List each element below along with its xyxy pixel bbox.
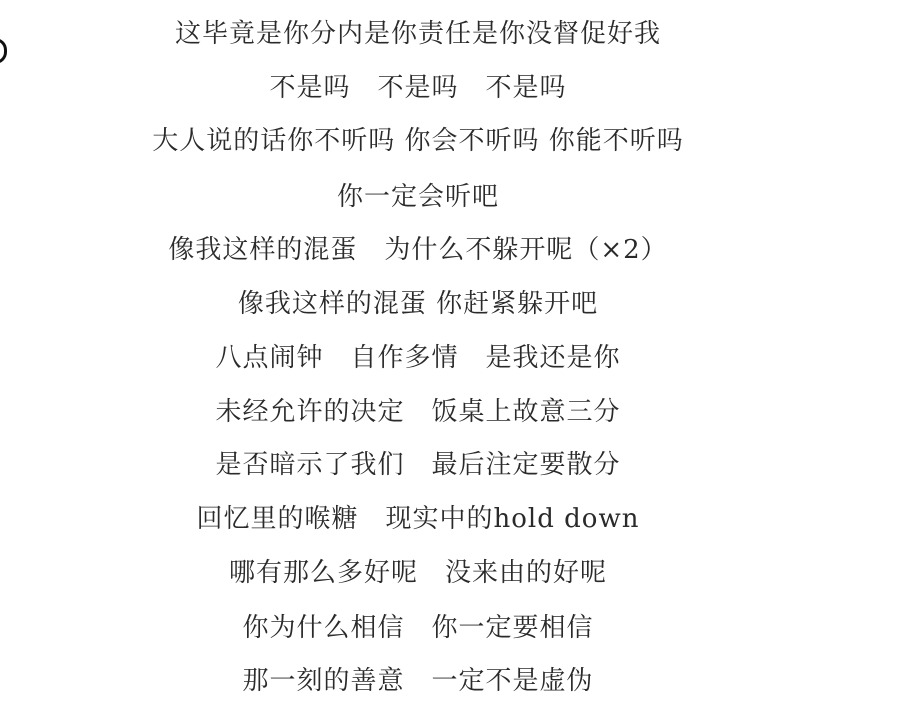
lyric-line-7: 八点闹钟 自作多情 是我还是你 bbox=[0, 342, 836, 374]
lyric-line-6: 像我这样的混蛋 你赶紧躲开吧 bbox=[0, 288, 836, 320]
lyric-line-13: 那一刻的善意 一定不是虚伪 bbox=[0, 665, 836, 697]
lyric-line-10: 回忆里的喉糖 现实中的hold down bbox=[0, 503, 836, 535]
lyric-line-12: 你为什么相信 你一定要相信 bbox=[0, 612, 836, 644]
lyric-line-2: 不是吗 不是吗 不是吗 bbox=[0, 72, 836, 104]
lyric-line-11: 哪有那么多好呢 没来由的好呢 bbox=[0, 557, 836, 589]
lyric-line-1: 这毕竟是你分内是你责任是你没督促好我 bbox=[0, 18, 836, 50]
lyric-line-5: 像我这样的混蛋 为什么不躲开呢（×2） bbox=[0, 234, 836, 266]
lyric-line-3: 大人说的话你不听吗 你会不听吗 你能不听吗 bbox=[0, 125, 836, 157]
lyric-line-8: 未经允许的决定 饭桌上故意三分 bbox=[0, 396, 836, 428]
lyric-line-4: 你一定会听吧 bbox=[0, 181, 836, 213]
lyric-line-9: 是否暗示了我们 最后注定要散分 bbox=[0, 449, 836, 481]
